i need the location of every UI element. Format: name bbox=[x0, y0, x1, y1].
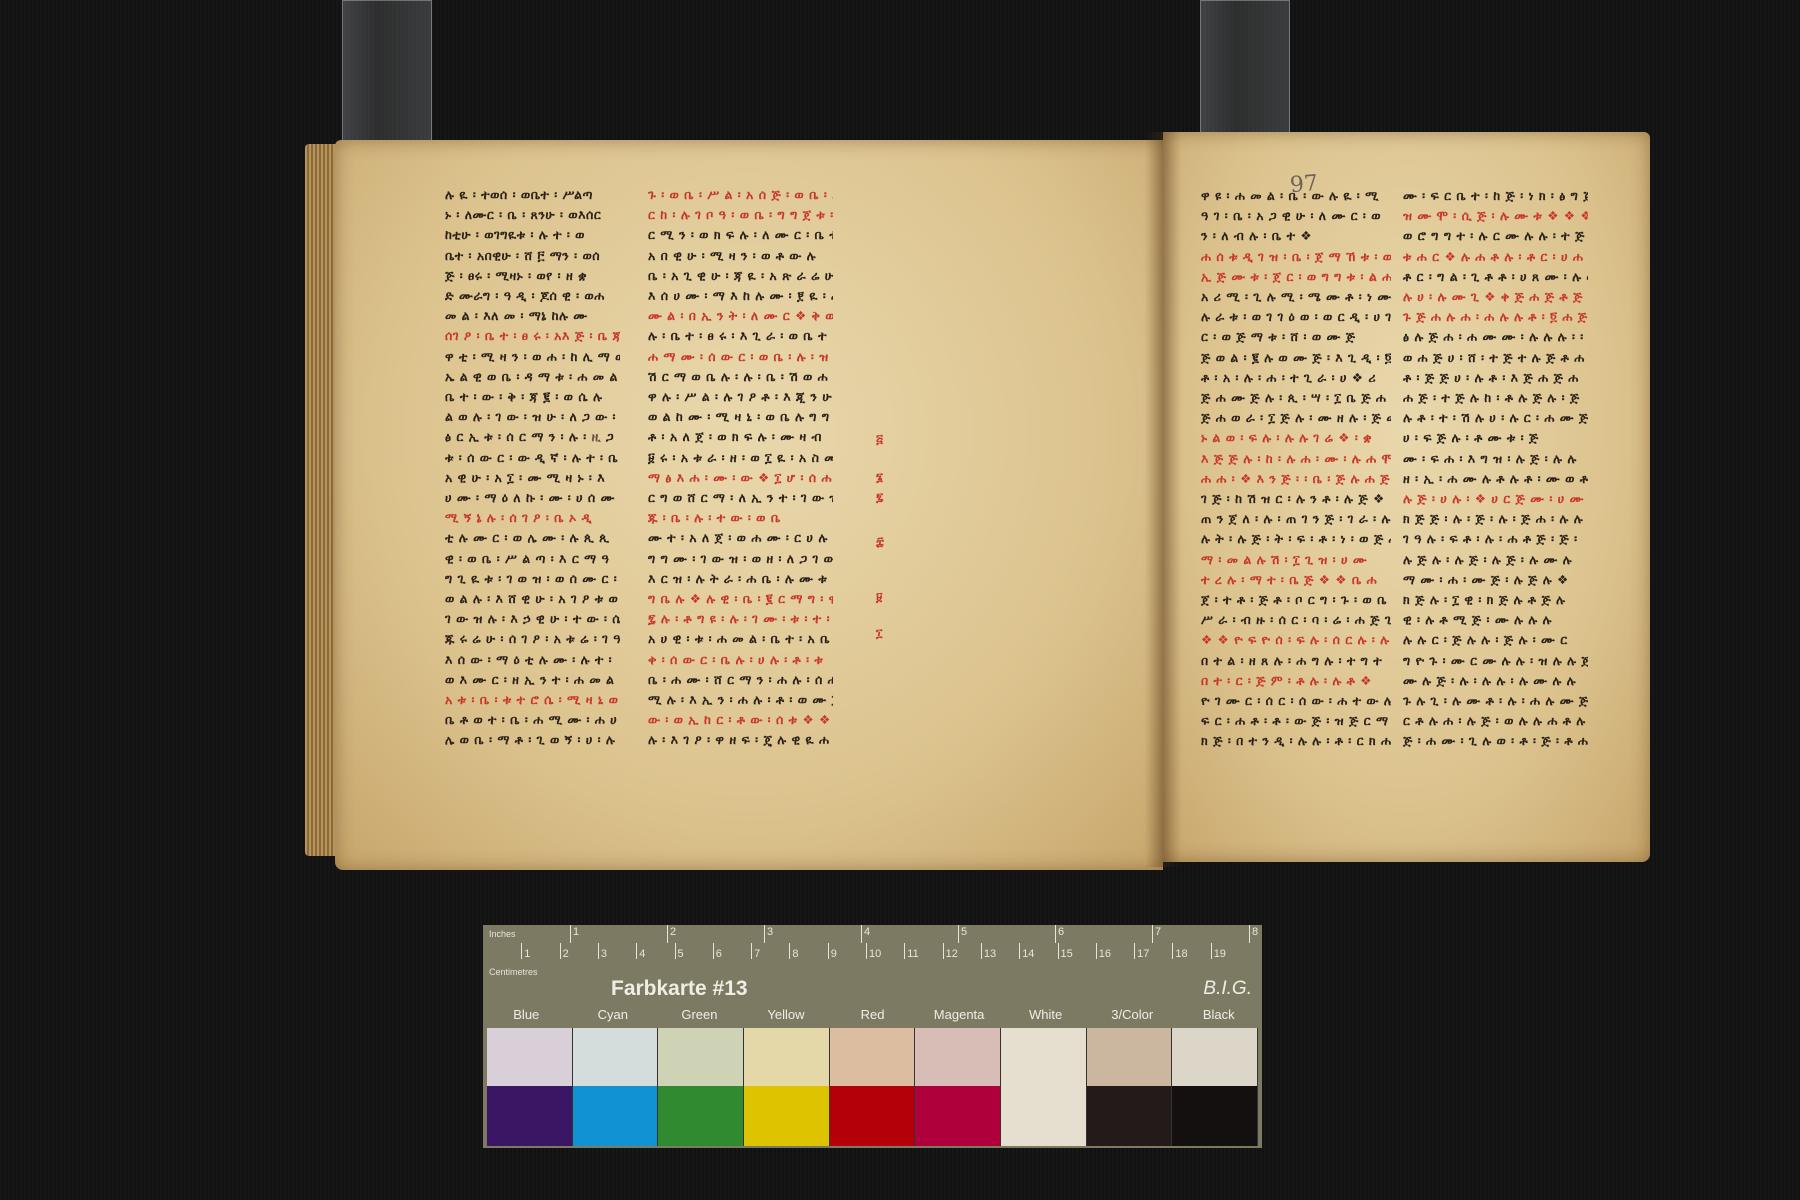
text-line: ሉ ሀ ፡ ሉ ሙ ጊ ❖ ቀ ጅ ሐ ጅ ቶ ጅ bbox=[1403, 287, 1588, 307]
text-line: አ ሪ ሚ ፡ ጊ ሉ ሚ ፡ ሜ ሙ ቶ ፡ ነ ሙ bbox=[1201, 287, 1391, 307]
text-line: ሀ ፡ ፍ ጅ ሉ ፡ ቶ ሙ ቱ ፡ ጅ bbox=[1403, 428, 1588, 448]
inch-tick bbox=[1055, 925, 1056, 943]
right-page-column-1: ዋ ዩ ፡ ሐ መ ል ፡ ቤ ፡ ው ሉ ዪ ፡ ሚዓ ገ ፡ ቤ ፡ አ ጋ… bbox=[1201, 186, 1391, 766]
text-line: ክ ጅ ጅ ፡ ሉ ፡ ጅ ፡ ሉ ፡ ጅ ሐ ፡ ሉ ሉ ሉ bbox=[1403, 509, 1588, 529]
text-line: አ ዊ ሁ ፡ አ ፲ ፡ ሙ ሚ ዛ ኑ ፡ እ bbox=[445, 468, 620, 488]
inch-tick bbox=[1249, 925, 1250, 943]
light-swatch bbox=[1087, 1028, 1172, 1086]
text-line: ል ወ ሉ ፡ ገ ው ፡ ዝ ሁ ፡ ለ ጋ ው ፡ ወ bbox=[445, 407, 620, 427]
text-line: ጅ ፡ ፀሩ ፡ ሚዛኑ ፡ ወየ ፡ ዘ ቋ bbox=[445, 266, 620, 286]
text-line: ጀ ፡ ተ ቶ ፡ ጅ ቶ ፡ ቦ ር ግ ፡ ጉ ፡ ወ ቤ ት bbox=[1201, 590, 1391, 610]
text-line: ቤ ፡ አ ጊ ዊ ሁ ፡ ጃ ዪ ፡ አ ጽ ራ ሬ ሁ bbox=[648, 266, 833, 286]
color-patch-yellow bbox=[744, 1028, 830, 1146]
cm-tick bbox=[866, 943, 867, 959]
cm-tick bbox=[1134, 943, 1135, 959]
text-line: ግ ግ ሙ ፡ ገ ው ዝ ፡ ወ ዘ ፡ ለ ጋ ገ ው bbox=[648, 549, 833, 569]
inches-label: Inches bbox=[489, 929, 516, 939]
text-line: ሙ ፡ ፍ ሐ ፡ እ ግ ዝ ፡ ሉ ጅ ፡ ሉ ሉ bbox=[1403, 449, 1588, 469]
text-line: ቀ ፡ ሰ ው ር ፡ ቤ ሉ ፡ ሀ ሉ ፡ ቶ ፡ ቱ bbox=[648, 650, 833, 670]
text-line: ቶ ር ፡ ግ ል ፡ ጊ ቶ ቶ ፡ ሀ ጸ ሙ ፡ ሉ ወ bbox=[1403, 267, 1588, 287]
dark-swatch bbox=[1172, 1086, 1257, 1146]
cm-number: 6 bbox=[716, 948, 722, 960]
cm-number: 7 bbox=[754, 948, 760, 960]
dark-swatch bbox=[487, 1086, 572, 1146]
text-line: ዝ ሙ ሞ ፡ ሲ ጅ ፡ ሉ ሙ ቱ ❖ ❖ ❖ bbox=[1403, 206, 1588, 226]
text-line: ፱ ሩ ፡ አ ቱ ራ ፡ ዘ ፡ ወ ፲ ዪ ፡ አ ስ ሙ bbox=[648, 448, 833, 468]
inch-tick bbox=[667, 925, 668, 943]
cm-tick bbox=[636, 943, 637, 959]
cm-tick bbox=[981, 943, 982, 959]
text-line: ወ ሮ ግ ግ ተ ፡ ሉ ር ሙ ሉ ሉ ፡ ተ ጅ ሉ bbox=[1403, 226, 1588, 246]
text-line: ሉ ዪ ፡ ተወሰ ፡ ወቤተ ፡ ሥልጣ bbox=[445, 185, 620, 205]
text-line: ተ ረ ሉ ፡ ማ ተ ፡ ቤ ጅ ❖ ❖ ቤ ሐ bbox=[1201, 570, 1391, 590]
light-swatch bbox=[830, 1028, 915, 1086]
patch-label: Yellow bbox=[743, 1007, 830, 1029]
light-swatch bbox=[1001, 1028, 1086, 1086]
text-line: ዓ ገ ፡ ቤ ፡ አ ጋ ዊ ሁ ፡ ለ ሙ ር ፡ ወ bbox=[1201, 206, 1391, 226]
patch-label: White bbox=[1002, 1007, 1089, 1029]
text-line: እ ር ዝ ፡ ሉ ት ራ ፡ ሐ ቤ ፡ ሉ ሙ ቱ bbox=[648, 569, 833, 589]
color-patch-white bbox=[1001, 1028, 1087, 1146]
inch-number: 3 bbox=[767, 926, 773, 938]
card-title: Farbkarte #13 bbox=[611, 977, 748, 1001]
text-line: ጅ ሐ ሙ ጅ ሉ ፡ ጲ ፡ ሣ ፡ ፲ ቤ ጅ ሐ ሙ bbox=[1201, 388, 1391, 408]
text-line: ሽ ር ማ ወ ቤ ሉ ፡ ሉ ፡ ቤ ፡ ሽ ወ ሐ bbox=[648, 367, 833, 387]
text-line: ማ ፅ እ ሐ ፡ ሙ ፡ ው ❖ ፲ ሆ ፡ ሰ ሐ bbox=[648, 468, 833, 488]
text-line: ጁ ሩ ሬ ሁ ፡ ሰ ገ ዖ ፡ አ ቱ ሬ ፡ ገ ዓ ጀ bbox=[445, 629, 620, 649]
text-line: ሉ ሉ ር ፡ ጅ ሉ ሉ ፡ ጅ ሉ ፡ ሙ ር bbox=[1403, 630, 1588, 650]
patch-label: Blue bbox=[483, 1007, 570, 1029]
text-line: ኢ ጅ ሙ ቱ ፡ ጀ ር ፡ ወ ግ ግ ቱ ፡ ል ሐ bbox=[1201, 267, 1391, 287]
text-line: ጠ ን ጀ ለ ፡ ሉ ፡ ጠ ገ ን ጅ ፡ ገ ራ ፡ ሉ ሙ bbox=[1201, 509, 1391, 529]
text-line: ሙ ፡ ፍ ር ቤ ተ ፡ ከ ጅ ፡ ነ ክ ፡ ፅ ግ ጅ bbox=[1403, 186, 1588, 206]
text-line: ሉ ጅ ፡ ሀ ሉ ፡ ❖ ሀ ር ጅ ሙ ፡ ሀ ሙ ፡ bbox=[1403, 489, 1588, 509]
cm-number: 8 bbox=[792, 948, 798, 960]
text-line: ሐ ማ ሙ ፡ ሰ ው ር ፡ ወ ቤ ፡ ሉ ፡ ዝ ቱ bbox=[648, 347, 833, 367]
inch-number: 8 bbox=[1252, 926, 1258, 938]
cm-tick bbox=[751, 943, 752, 959]
text-line: መ ል ፡ እለ መ ፡ ማኔ ከሉ ሙ bbox=[445, 306, 620, 326]
color-patch-3-color bbox=[1087, 1028, 1173, 1146]
inch-number: 4 bbox=[864, 926, 870, 938]
dark-swatch bbox=[573, 1086, 658, 1146]
text-line: ፯ ሉ ፡ ቶ ግ ዩ ፡ ሉ ፡ ገ ሙ ፡ ቱ ፡ ተ ፡ ቤ bbox=[648, 609, 833, 629]
light-swatch bbox=[573, 1028, 658, 1086]
text-line: ሙ ሉ ጅ ፡ ሉ ፡ ሉ ሉ ፡ ሉ ሙ ሉ ሉ bbox=[1403, 671, 1588, 691]
cm-number: 2 bbox=[563, 948, 569, 960]
cm-tick bbox=[828, 943, 829, 959]
text-line: ቱ ሐ ር ❖ ሉ ሐ ቶ ሉ ፡ ቶ ር ፡ ሀ ሐ ሉ bbox=[1403, 247, 1588, 267]
text-line: ፅ ሉ ጅ ሐ ፡ ሐ ሙ ሙ ፡ ሉ ሉ ሉ ፡ ፡ bbox=[1403, 327, 1588, 347]
light-swatch bbox=[744, 1028, 829, 1086]
text-line: ቶ ፡ አ ለ ጀ ፡ ወ ክ ፍ ሉ ፡ ሙ ዛ ብ bbox=[648, 427, 833, 447]
text-line: ሙ ተ ፡ አ ለ ጀ ፡ ወ ሐ ሙ ፡ ር ሀ ሉ ሉ bbox=[648, 528, 833, 548]
text-line: ሰገ ዖ ፡ ቤ ተ ፡ ፀ ሩ ፡ አእ ጅ ፡ ቤ ጃ bbox=[445, 326, 620, 346]
cm-number: 16 bbox=[1099, 948, 1111, 960]
cm-number: 18 bbox=[1175, 948, 1187, 960]
patch-names: BlueCyanGreenYellowRedMagentaWhite3/Colo… bbox=[483, 1007, 1262, 1029]
cm-number: 4 bbox=[639, 948, 645, 960]
dark-swatch bbox=[744, 1086, 829, 1146]
left-page-column-2: ጉ ፡ ወ ቤ ፡ ሥ ል ፡ አ ሰ ጅ ፡ ወ ቤ ፡ እር ከ ፡ ሉ ገ… bbox=[648, 185, 833, 765]
text-line: ቶ ፡ አ ፡ ሉ ፡ ሐ ፡ ተ ጊ ራ ፡ ሀ ❖ ሪ bbox=[1201, 368, 1391, 388]
margin-numeral: ፭ bbox=[876, 432, 883, 447]
text-line: ክ ጅ ሉ ፡ ፲ ዊ ፡ ክ ጅ ሉ ቶ ጅ ሉ bbox=[1403, 590, 1588, 610]
text-line: በ ተ ፡ ር ፡ ጅ ም ፡ ቶ ሉ ፡ ሉ ቶ ❖ bbox=[1201, 671, 1391, 691]
cm-number: 17 bbox=[1137, 948, 1149, 960]
centimetres-label: Centimetres bbox=[489, 967, 538, 977]
inch-tick bbox=[1152, 925, 1153, 943]
cm-tick bbox=[598, 943, 599, 959]
text-line: ር ሚ ን ፡ ወ ክ ፍ ሉ ፡ ለ ሙ ር ፡ ቤ ተ bbox=[648, 225, 833, 245]
text-line: ኑ ል ወ ፡ ፍ ሉ ፡ ሉ ሉ ገ ሬ ❖ ፡ ቋ bbox=[1201, 428, 1391, 448]
text-line: ሙ ል ፡ በ ኢ ን ት ፡ ለ ሙ ር ❖ ቅ ው bbox=[648, 306, 833, 326]
text-line: ገ ው ዝ ሉ ፡ እ ኃ ዊ ሁ ፡ ተ ው ፡ ሴ bbox=[445, 609, 620, 629]
patch-label: Green bbox=[656, 1007, 743, 1029]
text-line: ጉ ሉ ጊ ፡ ሉ ሙ ቶ ፡ ሉ ፡ ሐ ሉ ሙ ጅ bbox=[1403, 691, 1588, 711]
text-line: ማ ሙ ፡ ሐ ፡ ሙ ጅ ፡ ሉ ጅ ሉ ❖ bbox=[1403, 570, 1588, 590]
text-line: ግ ጊ ዪ ቱ ፡ ገ ወ ዝ ፡ ወ ሰ ሙ ር ፡ ሐ bbox=[445, 569, 620, 589]
text-line: ከቲሁ ፡ ወገግዪቱ ፡ ሉ ተ ፡ ወ bbox=[445, 225, 620, 245]
text-line: ሀ ሙ ፡ ማ ዕ ለ ኩ ፡ ሙ ፡ ሀ ሰ ሙ bbox=[445, 488, 620, 508]
text-line: ፅ ር ኢ ቱ ፡ ሰ ር ማ ን ፡ ሉ ፡ ዚ ጋ bbox=[445, 427, 620, 447]
text-line: ሥ ራ ፡ ብ ዙ ፡ ሰ ር ፡ ባ ፡ ሬ ፡ ሐ ጅ ጊ ር bbox=[1201, 610, 1391, 630]
inch-number: 7 bbox=[1155, 926, 1161, 938]
text-line: ዮ ገ ሙ ር ፡ ሰ ር ፡ ሰ ው ፡ ሐ ተ ው ሉ bbox=[1201, 691, 1391, 711]
cm-number: 12 bbox=[946, 948, 958, 960]
cm-tick bbox=[1211, 943, 1212, 959]
text-line: ኑ ፡ ለሙር ፡ ቤ ፡ ጸንሁ ፡ ወእሰር bbox=[445, 205, 620, 225]
ruler: Inches Centimetres 123456781234567891011… bbox=[483, 925, 1262, 977]
margin-numeral: ፰ bbox=[876, 535, 884, 550]
left-page: ሉ ዪ ፡ ተወሰ ፡ ወቤተ ፡ ሥልጣኑ ፡ ለሙር ፡ ቤ ፡ ጸንሁ ፡… bbox=[335, 140, 1163, 870]
patch-label: Cyan bbox=[570, 1007, 657, 1029]
color-patch-green bbox=[658, 1028, 744, 1146]
text-line: ዋ ቲ ፡ ሚ ዛ ን ፡ ወ ሐ ፡ ከ ሊ ማ ው bbox=[445, 347, 620, 367]
text-line: ሉ ጅ ሉ ፡ ሉ ጅ ፡ ሉ ጅ ፡ ሉ ሙ ሉ bbox=[1403, 550, 1588, 570]
text-line: ጅ ወ ል ፡ ፪ ሉ ወ ሙ ጅ ፡ እ ጊ ዲ ፡ ፬ bbox=[1201, 348, 1391, 368]
text-line: ቤ ቶ ወ ተ ፡ ቤ ፡ ሐ ሚ ሙ ፡ ሐ ሀ ወ bbox=[445, 710, 620, 730]
text-line: ቱ ፡ ሰ ው ር ፡ ው ዲ ኛ ፡ ሉ ተ ፡ ቤ bbox=[445, 448, 620, 468]
inch-tick bbox=[764, 925, 765, 943]
light-swatch bbox=[487, 1028, 572, 1086]
text-line: አ ሀ ዊ ፡ ቱ ፡ ሐ መ ል ፡ ቤ ተ ፡ አ ቤ ጃ bbox=[648, 629, 833, 649]
text-line: እ ሰ ሀ ሙ ፡ ማ እ ከ ሉ ሙ ፡ ፻ ዪ ፡ ሐ bbox=[648, 286, 833, 306]
cm-tick bbox=[713, 943, 714, 959]
cm-number: 5 bbox=[678, 948, 684, 960]
cm-tick bbox=[904, 943, 905, 959]
cm-tick bbox=[521, 943, 522, 959]
text-line: ሌ ወ ቤ ፡ ማ ቶ ፡ ጊ ወ ኝ ፡ ሀ ፡ ሉ bbox=[445, 730, 620, 750]
color-patch-cyan bbox=[573, 1028, 659, 1146]
color-patch-red bbox=[830, 1028, 916, 1146]
card-brand: B.I.G. bbox=[1203, 978, 1252, 1000]
right-page-column-2: ሙ ፡ ፍ ር ቤ ተ ፡ ከ ጅ ፡ ነ ክ ፡ ፅ ግ ጅዝ ሙ ሞ ፡ ሲ… bbox=[1403, 186, 1588, 766]
light-swatch bbox=[915, 1028, 1000, 1086]
cm-tick bbox=[1172, 943, 1173, 959]
text-line: ጅ ሐ ወ ራ ፡ ፲ ጅ ሉ ፡ ሙ ዘ ሉ ፡ ጅ ሙ bbox=[1201, 408, 1391, 428]
patch-label: Magenta bbox=[916, 1007, 1003, 1029]
cm-number: 9 bbox=[831, 948, 837, 960]
text-line: እ ሰ ው ፡ ማ ዕ ቲ ሉ ሙ ፡ ሉ ተ ፡ bbox=[445, 650, 620, 670]
inch-tick bbox=[570, 925, 571, 943]
patch-label: Red bbox=[829, 1007, 916, 1029]
text-line: ሚ ኝ ኔ ሉ ፡ ሰ ገ ዖ ፡ ቤ ኦ ዲ bbox=[445, 508, 620, 528]
margin-numeral: ፲ bbox=[876, 626, 882, 641]
text-line: እ ጅ ጅ ሉ ፡ ከ ፡ ሉ ሐ ፡ ሙ ፡ ሉ ሐ ሞ bbox=[1201, 449, 1391, 469]
light-swatch bbox=[1172, 1028, 1257, 1086]
text-line: ዊ ፡ ሉ ቶ ሚ ጅ ፡ ሙ ሉ ሉ ሉ bbox=[1403, 610, 1588, 630]
patch-label: 3/Color bbox=[1089, 1007, 1176, 1029]
text-line: ፍ ር ፡ ሐ ቶ ፡ ቶ ፡ ው ጅ ፡ ዝ ጅ ር ማ ፡ bbox=[1201, 711, 1391, 731]
inch-tick bbox=[958, 925, 959, 943]
cm-tick bbox=[675, 943, 676, 959]
cm-number: 11 bbox=[907, 948, 918, 960]
text-line: ድ ሙራግ ፡ ዓ ዲ ፡ ጆሰ ዊ ፡ ወሐ bbox=[445, 286, 620, 306]
text-line: ጉ ፡ ወ ቤ ፡ ሥ ል ፡ አ ሰ ጅ ፡ ወ ቤ ፡ እ bbox=[648, 185, 833, 205]
text-line: ወ ል ከ ሙ ፡ ሚ ዛ ኒ ፡ ወ ቤ ሉ ግ ግ ጀ bbox=[648, 407, 833, 427]
color-patches bbox=[487, 1028, 1258, 1146]
text-line: ሉ ት ፡ ሉ ጅ ፡ ት ፡ ፍ ፡ ቶ ፡ ነ ፡ ወ ጅ ሐ ሙ bbox=[1201, 529, 1391, 549]
text-line: ቤ ፡ ሐ ሙ ፡ ሸ ር ማ ን ፡ ሐ ሉ ፡ ሰ ሐ bbox=[648, 670, 833, 690]
text-line: ሉ ራ ቱ ፡ ወ ገ ገ ዕ ወ ፡ ወ ር ዲ ፡ ሀ ገ bbox=[1201, 307, 1391, 327]
dark-swatch bbox=[1087, 1086, 1172, 1146]
text-line: አ በ ዊ ሁ ፡ ሚ ዛ ን ፡ ወ ቶ ው ሉ bbox=[648, 246, 833, 266]
patch-label: Black bbox=[1176, 1007, 1263, 1029]
cm-number: 10 bbox=[869, 948, 881, 960]
text-line: ር ቶ ሉ ሐ ፡ ሉ ጅ ፡ ወ ሉ ሉ ሐ ቶ ሉ bbox=[1403, 711, 1588, 731]
text-line: ጅ ፡ ሐ ሙ ፡ ጊ ሉ ወ ፡ ቶ ፡ ጅ ፡ ቶ ሐ bbox=[1403, 731, 1588, 751]
color-patch-blue bbox=[487, 1028, 573, 1146]
cm-tick bbox=[789, 943, 790, 959]
text-line: ግ ቤ ሉ ❖ ሉ ዊ ፡ ቤ ፡ ፪ ር ማ ግ ፡ ዊ bbox=[648, 589, 833, 609]
cm-number: 1 bbox=[524, 948, 530, 960]
text-line: ❖ ❖ ዮ ፍ ዮ ሰ ፡ ፍ ሉ ፡ ሰ ር ሉ ፡ ሉ bbox=[1201, 630, 1391, 650]
text-line: ው ፡ ወ ኢ ከ ር ፡ ቶ ው ፡ ሰ ቱ ❖ ❖ bbox=[648, 710, 833, 730]
dark-swatch bbox=[915, 1086, 1000, 1146]
cm-number: 13 bbox=[984, 948, 996, 960]
cm-tick bbox=[1058, 943, 1059, 959]
light-swatch bbox=[658, 1028, 743, 1086]
text-line: ቤ ተ ፡ ው ፡ ቅ ፡ ጃ ፪ ፡ ወ ሴ ሉ bbox=[445, 387, 620, 407]
inch-tick bbox=[861, 925, 862, 943]
text-line: ኤ ል ዊ ወ ቤ ፡ ዳ ማ ቱ ፡ ሐ መ ል bbox=[445, 367, 620, 387]
cm-tick bbox=[1019, 943, 1020, 959]
inch-number: 6 bbox=[1058, 926, 1064, 938]
text-line: አ ቱ ፡ ቤ ፡ ቱ ተ ሮ ሴ ፡ ሚ ዛ ኒ ወ bbox=[445, 690, 620, 710]
cm-number: 19 bbox=[1214, 948, 1226, 960]
dark-swatch bbox=[830, 1086, 915, 1146]
left-page-column-1: ሉ ዪ ፡ ተወሰ ፡ ወቤተ ፡ ሥልጣኑ ፡ ለሙር ፡ ቤ ፡ ጸንሁ ፡… bbox=[445, 185, 620, 765]
inch-number: 5 bbox=[961, 926, 967, 938]
text-line: ዊ ፡ ወ ቤ ፡ ሥ ል ጣ ፡ እ ር ማ ዓ bbox=[445, 549, 620, 569]
text-line: ወ ል ሉ ፡ እ ሸ ዊ ሁ ፡ አ ገ ዖ ቱ ወ bbox=[445, 589, 620, 609]
color-patch-magenta bbox=[915, 1028, 1001, 1146]
text-line: ወ እ ሙ ር ፡ ዘ ኢ ን ተ ፡ ሐ መ ል ❖ bbox=[445, 670, 620, 690]
text-line: ጉ ጅ ሐ ሉ ሐ ፡ ሐ ሉ ሉ ቶ ፡ ፬ ሐ ጅ ፡ ሲ bbox=[1403, 307, 1588, 327]
text-line: ሚ ሉ ፡ እ ኢ ን ፡ ሐ ሉ ፡ ቶ ፡ ወ ሙ ጅ bbox=[648, 690, 833, 710]
cm-number: 15 bbox=[1061, 948, 1073, 960]
text-line: ቶ ፡ ጅ ጅ ሀ ፡ ሉ ቶ ፡ እ ጅ ሐ ጅ ሐ bbox=[1403, 368, 1588, 388]
text-line: ቲ ሉ ሙ ር ፡ ወ ሌ ሙ ፡ ሉ ጲ ጲ bbox=[445, 528, 620, 548]
text-line: ን ፡ ለ ብ ሉ ፡ ቤ ተ ❖ bbox=[1201, 226, 1391, 246]
margin-numeral: ፱ bbox=[876, 590, 882, 605]
cm-number: 14 bbox=[1022, 948, 1034, 960]
text-line: ሐ ሐ ፡ ❖ እ ን ጅ ፡ ፡ ቤ ፡ ጅ ሉ ሐ ጅ bbox=[1201, 469, 1391, 489]
text-line: በ ተ ል ፡ ዘ ጸ ሉ ፡ ሐ ግ ሉ ፡ ተ ግ ተ bbox=[1201, 651, 1391, 671]
cm-tick bbox=[943, 943, 944, 959]
text-line: ር ፡ ወ ጅ ማ ቱ ፡ ሸ ፡ ወ ሙ ጅ bbox=[1201, 327, 1391, 347]
dark-swatch bbox=[1001, 1086, 1086, 1146]
text-line: ሐ ጅ ፡ ተ ጅ ሉ ከ ፡ ቶ ሉ ጅ ሉ ፡ ጅ bbox=[1403, 388, 1588, 408]
text-line: ጁ ፡ ቤ ፡ ሉ ፡ ተ ው ፡ ወ ቤ bbox=[648, 508, 833, 528]
text-line: ሐ ሰ ቱ ዲ ገ ዝ ፡ ቤ ፡ ጀ ማ ኸ ቱ ፡ ወ bbox=[1201, 247, 1391, 267]
color-patch-black bbox=[1172, 1028, 1258, 1146]
right-page: ዋ ዩ ፡ ሐ መ ል ፡ ቤ ፡ ው ሉ ዪ ፡ ሚዓ ገ ፡ ቤ ፡ አ ጋ… bbox=[1163, 132, 1650, 862]
text-line: ር ግ ወ ሸ ር ማ ፡ ለ ኢ ን ተ ፡ ገ ው ዝ bbox=[648, 488, 833, 508]
inch-number: 2 bbox=[670, 926, 676, 938]
book-gutter bbox=[1145, 132, 1181, 867]
text-line: ሉ ፡ እ ገ ዖ ፡ ዋ ዘ ፍ ፡ ጄ ሉ ዊ ዪ ሐ bbox=[648, 730, 833, 750]
text-line: ክ ጅ ፡ በ ተ ን ዲ ፡ ሉ ሉ ፡ ቶ ፡ ር ክ ሐ ጅ bbox=[1201, 731, 1391, 751]
margin-numeral: ፮ bbox=[876, 470, 883, 485]
margin-numeral: ፯ bbox=[876, 490, 883, 505]
text-line: ማ ፡ መ ል ሉ ሽ ፡ ፲ ጊ ዝ ፡ ሀ ሙ bbox=[1201, 550, 1391, 570]
open-manuscript: ሉ ዪ ፡ ተወሰ ፡ ወቤተ ፡ ሥልጣኑ ፡ ለሙር ፡ ቤ ፡ ጸንሁ ፡… bbox=[305, 132, 1350, 867]
text-line: ሉ ፡ ቤ ተ ፡ ፀ ሩ ፡ እ ጊ ራ ፡ ወ ቤ ተ bbox=[648, 326, 833, 346]
pencil-folio-number: 97 bbox=[1289, 171, 1319, 198]
dark-swatch bbox=[658, 1086, 743, 1146]
text-line: ዋ ሉ ፡ ሥ ል ፡ ሉ ገ ዖ ቶ ፡ እ ጂ ን ሁ bbox=[648, 387, 833, 407]
color-calibration-card: Inches Centimetres 123456781234567891011… bbox=[483, 925, 1262, 1148]
text-line: ገ ዓ ሉ ፡ ፍ ቶ ፡ ሉ ፡ ሐ ቶ ጅ ፡ ጅ ፡ bbox=[1403, 529, 1588, 549]
text-line: ር ከ ፡ ሉ ገ ቦ ዓ ፡ ወ ቤ ፡ ግ ግ ጀ ቱ ፡ ሽ bbox=[648, 205, 833, 225]
cm-number: 3 bbox=[601, 948, 607, 960]
text-line: ወ ሐ ጅ ሀ ፡ ሸ ፡ ተ ጅ ተ ሉ ጅ ቶ ሐ bbox=[1403, 348, 1588, 368]
text-line: ገ ጅ ፡ ከ ሽ ዝ ር ፡ ሉ ን ቶ ፡ ሉ ጅ ❖ bbox=[1201, 489, 1391, 509]
cm-tick bbox=[560, 943, 561, 959]
text-line: ግ ዮ ጉ ፡ ሙ ር ሙ ሉ ሉ ፡ ዝ ሉ ሉ ጅ bbox=[1403, 651, 1588, 671]
inch-number: 1 bbox=[573, 926, 579, 938]
text-line: ቤተ ፡ አበዊሁ ፡ ሸ ፫ ማን ፡ ወሰ bbox=[445, 246, 620, 266]
text-line: ዘ ፡ ኢ ፡ ሐ ሙ ሉ ቶ ሉ ቶ ፡ ሙ ወ ቶ bbox=[1403, 469, 1588, 489]
text-line: ሉ ቶ ፡ ተ ፡ ሽ ሉ ሀ ፡ ሉ ር ፡ ሐ ሙ ጅ bbox=[1403, 408, 1588, 428]
cm-tick bbox=[1096, 943, 1097, 959]
